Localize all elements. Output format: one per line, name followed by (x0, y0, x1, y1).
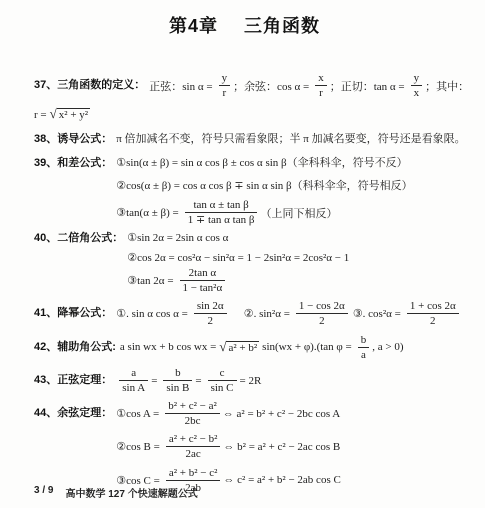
item-39-line3: ③tan(α ± β) = tan α ± tan β1 ∓ tan α tan… (116, 199, 469, 226)
item-37-line2: r = √x² + y² (34, 101, 469, 128)
fraction: yx (411, 72, 423, 99)
page-title: 第4章三角函数 (20, 14, 469, 38)
item-44-label: 44、余弦定理： (34, 400, 112, 427)
item-44-content: ①cos A = b² + c² − a²2bc ⇔ a² = b² + c² … (116, 400, 469, 494)
item-40-line3: ③tan 2α = 2tan α1 − tan²α (127, 267, 469, 294)
item-42-line: a sin wx + b cos wx = √a² + b² sin(wx + … (120, 334, 469, 361)
fraction: xr (315, 72, 327, 99)
document-page: 第4章三角函数 37、三角函数的定义： 正弦：sin α = yr ；余弦：co… (0, 0, 485, 508)
math-text: ③. cos²α = (353, 307, 401, 320)
item-43-content: asin A = bsin B = csin C = 2R (116, 367, 469, 394)
fraction-denominator: 2 (296, 313, 348, 327)
math-text: ①. sin α cos α = (116, 307, 188, 320)
page-number: 3 / 9 (34, 485, 53, 500)
item-39-label: 39、和差公式： (34, 156, 112, 171)
fraction-numerator: b² + c² − a² (165, 400, 220, 413)
formula-item-41: 41、降幂公式： ①. sin α cos α = sin 2α2 ②. sin… (34, 300, 469, 327)
fraction-numerator: sin 2α (194, 300, 227, 313)
math-text: ②cos B = (116, 440, 160, 453)
fraction-numerator: b (358, 334, 370, 347)
page-footer: 3 / 9 高中数学 127 个快速解题公式 (34, 485, 198, 500)
formula-item-42: 42、辅助角公式: a sin wx + b cos wx = √a² + b²… (34, 334, 469, 361)
radicand: x² + y² (57, 108, 90, 121)
fraction-numerator: a (119, 367, 148, 380)
math-text: ；正切：tan α = (330, 78, 405, 94)
item-38-content: π 倍加减名不变，符号只需看象限；半 π 加减名要变，符号还是看象限。 (116, 132, 469, 147)
fraction-denominator: a (358, 347, 370, 361)
formula-item-37: 37、三角函数的定义： 正弦：sin α = yr ；余弦：cos α = xr… (34, 72, 469, 99)
math-text: , a > 0) (372, 341, 403, 353)
fraction-denominator: 2ac (166, 446, 221, 460)
math-text: ①cos A = (116, 407, 159, 420)
fraction: csin C (208, 367, 237, 394)
fraction-denominator: r (219, 85, 231, 99)
fraction: yr (219, 72, 231, 99)
fraction-denominator: 2bc (165, 413, 220, 427)
item-37-line1: 正弦：sin α = yr ；余弦：cos α = xr ；正切：tan α =… (149, 72, 469, 99)
item-40-line1: ①sin 2α = 2sin α cos α (127, 231, 469, 246)
fraction-denominator: x (411, 85, 423, 99)
sqrt-expression: √a² + b² (219, 339, 259, 355)
item-40-label: 40、二倍角公式： (34, 231, 123, 246)
fraction: b² + c² − a²2bc (165, 400, 220, 427)
math-text: ⇔ b² = a² + c² − 2ac cos B (223, 441, 340, 453)
math-text: ⇔ c² = a² + b² − 2ab cos C (223, 474, 340, 486)
math-text: ；余弦：cos α = (233, 78, 309, 94)
fraction: bsin B (163, 367, 192, 394)
fraction: 1 + cos 2α2 (407, 300, 459, 327)
item-37-label: 37、三角函数的定义： (34, 78, 145, 93)
fraction-denominator: 1 − tan²α (180, 280, 226, 294)
radical-icon: √ (50, 106, 57, 121)
chapter-name: 三角函数 (244, 16, 320, 36)
fraction-numerator: y (411, 72, 423, 85)
fraction-denominator: r (315, 85, 327, 99)
fraction: tan α ± tan β1 ∓ tan α tan β (185, 199, 258, 226)
fraction-numerator: 2tan α (180, 267, 226, 280)
fraction-numerator: 1 + cos 2α (407, 300, 459, 313)
fraction: sin 2α2 (194, 300, 227, 327)
item-38-label: 38、诱导公式： (34, 132, 112, 147)
document-title: 高中数学 127 个快速解题公式 (65, 485, 197, 500)
math-text: ③tan(α ± β) = (116, 206, 178, 219)
math-text: r = (34, 105, 47, 125)
item-38-text: π 倍加减名不变，符号只需看象限；半 π 加减名要变，符号还是看象限。 (116, 132, 469, 147)
item-40-content: ①sin 2α = 2sin α cos α ②cos 2α = cos²α −… (127, 231, 469, 294)
fraction: ba (358, 334, 370, 361)
item-42-content: a sin wx + b cos wx = √a² + b² sin(wx + … (120, 334, 469, 361)
formula-item-44: 44、余弦定理： ①cos A = b² + c² − a²2bc ⇔ a² =… (34, 400, 469, 494)
item-39-content: ①sin(α ± β) = sin α cos β ± cos α sin β（… (116, 156, 469, 226)
fraction: 2tan α1 − tan²α (180, 267, 226, 294)
equals-sign: = (195, 375, 201, 387)
fraction-denominator: 2 (194, 313, 227, 327)
formula-item-43: 43、正弦定理： asin A = bsin B = csin C = 2R (34, 367, 469, 394)
math-text: ③tan 2α = (127, 274, 173, 287)
fraction-numerator: a² + b² − c² (166, 467, 221, 480)
math-text: = 2R (240, 375, 262, 387)
sqrt-expression: √x² + y² (50, 104, 90, 125)
formula-item-39: 39、和差公式： ①sin(α ± β) = sin α cos β ± cos… (34, 156, 469, 226)
item-37-content: 正弦：sin α = yr ；余弦：cos α = xr ；正切：tan α =… (149, 72, 469, 99)
fraction-denominator: sin C (208, 380, 237, 394)
fraction-denominator: sin A (119, 380, 148, 394)
item-41-content: ①. sin α cos α = sin 2α2 ②. sin²α = 1 − … (116, 300, 469, 327)
math-text: sin(wx + φ).(tan φ = (262, 341, 352, 353)
item-43-line: asin A = bsin B = csin C = 2R (116, 367, 469, 394)
fraction: a² + c² − b²2ac (166, 433, 221, 460)
fraction-denominator: sin B (163, 380, 192, 394)
math-text: a sin wx + b cos wx = (120, 341, 216, 353)
radicand: a² + b² (226, 341, 259, 354)
equals-sign: = (151, 375, 157, 387)
item-41-label: 41、降幂公式： (34, 306, 112, 321)
fraction-denominator: 2 (407, 313, 459, 327)
fraction-numerator: a² + c² − b² (166, 433, 221, 446)
item-43-label: 43、正弦定理： (34, 373, 112, 388)
fraction: 1 − cos 2α2 (296, 300, 348, 327)
item-40-line2: ②cos 2α = cos²α − sin²α = 1 − 2sin²α = 2… (127, 251, 469, 266)
fraction-numerator: 1 − cos 2α (296, 300, 348, 313)
item-44-line1: ①cos A = b² + c² − a²2bc ⇔ a² = b² + c² … (116, 400, 469, 427)
math-text: 正弦：sin α = (149, 78, 212, 94)
math-text: ；其中： (425, 78, 469, 94)
fraction: asin A (119, 367, 148, 394)
item-42-label: 42、辅助角公式: (34, 340, 116, 355)
math-text: ②. sin²α = (244, 307, 290, 320)
item-39-line2: ②cos(α ± β) = cos α cos β ∓ sin α sin β（… (116, 179, 469, 194)
item-39-line1: ①sin(α ± β) = sin α cos β ± cos α sin β（… (116, 156, 469, 171)
fraction-numerator: c (208, 367, 237, 380)
fraction-numerator: x (315, 72, 327, 85)
fraction-numerator: tan α ± tan β (185, 199, 258, 212)
chapter-number: 第4章 (169, 16, 218, 36)
formula-item-38: 38、诱导公式： π 倍加减名不变，符号只需看象限；半 π 加减名要变，符号还是… (34, 132, 469, 147)
fraction-numerator: b (163, 367, 192, 380)
item-41-line: ①. sin α cos α = sin 2α2 ②. sin²α = 1 − … (116, 300, 469, 327)
fraction-denominator: 1 ∓ tan α tan β (185, 212, 258, 226)
mnemonic-text: （上同下相反） (260, 205, 337, 221)
item-44-line2: ②cos B = a² + c² − b²2ac ⇔ b² = a² + c² … (116, 433, 469, 460)
math-text: ⇔ a² = b² + c² − 2bc cos A (223, 408, 340, 420)
formula-item-40: 40、二倍角公式： ①sin 2α = 2sin α cos α ②cos 2α… (34, 231, 469, 294)
fraction-numerator: y (219, 72, 231, 85)
